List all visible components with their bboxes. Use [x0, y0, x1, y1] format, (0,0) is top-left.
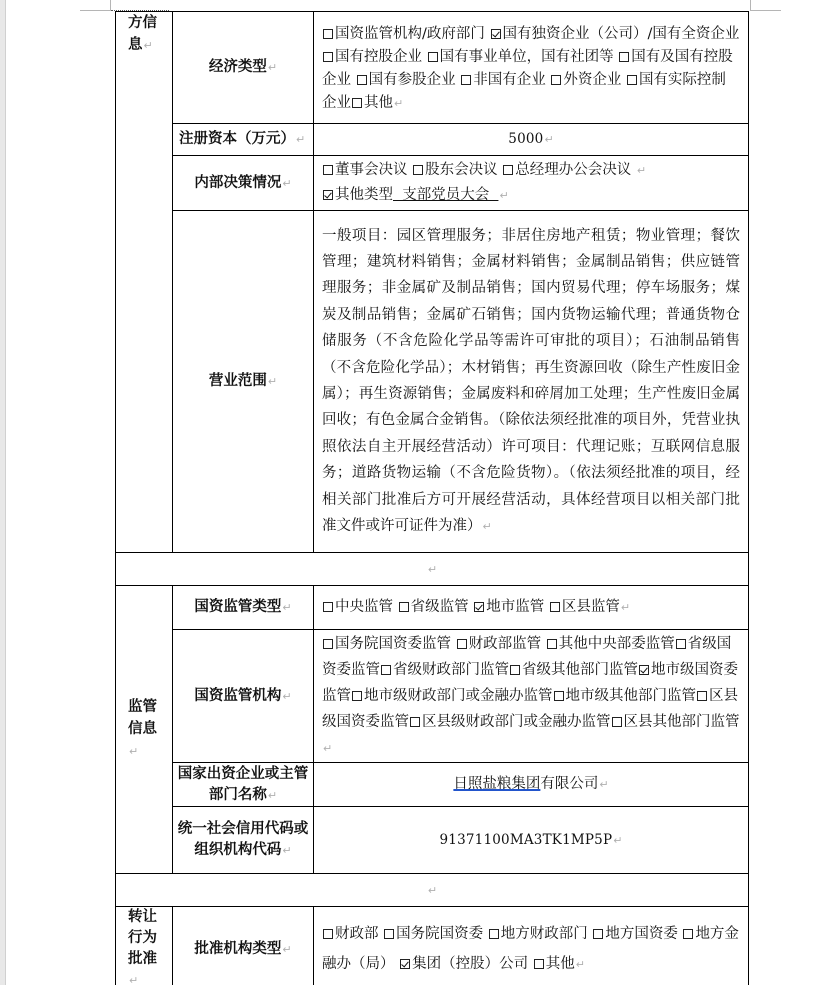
group-label-investor-info: 方信息↵ [116, 12, 173, 553]
paragraph-mark-icon: ↵ [394, 97, 403, 110]
checkbox[interactable] [357, 75, 367, 85]
funding-enterprise-name-part2: 有限公司 [540, 776, 598, 792]
option-approval-2[interactable]: 地方财政部门 [488, 926, 588, 942]
option-economic-type-0[interactable]: 国资监管机构/政府部门 [322, 26, 485, 42]
option-approval-0[interactable]: 财政部 [322, 926, 379, 942]
group-label-transfer-approval: 转让行为批准↵ [116, 907, 173, 985]
text: 国家出资企业或主管部门名称 [178, 766, 309, 803]
option-agency-2[interactable]: 其他中央部委监管 [546, 636, 675, 652]
text: 内部决策情况 [194, 175, 281, 191]
label-economic-type: 经济类型↵ [173, 12, 314, 124]
row-supervision-type: 监管信息↵ 国资监管类型↵ 中央监管 省级监管 地市监管 区县监管↵ [116, 586, 749, 630]
option-decision-0[interactable]: 董事会决议 [322, 162, 408, 178]
option-supervision-type-1[interactable]: 省级监管 [398, 599, 469, 615]
text: 监管信息 [128, 699, 157, 737]
checkbox[interactable] [593, 929, 603, 939]
paragraph-mark-icon: ↵ [268, 375, 277, 388]
paragraph-mark-icon: ↵ [282, 844, 291, 857]
text: 注册资本（万元） [179, 131, 295, 147]
label-internal-decision: 内部决策情况↵ [173, 156, 314, 211]
empty-paragraph: ↵ [116, 553, 749, 586]
option-agency-10[interactable]: 区县级财政部门或金融办监管 [409, 714, 611, 730]
text: 国务院国资委 [396, 926, 483, 942]
text: 其他 [364, 95, 393, 111]
value-registered-capital: 5000↵ [314, 124, 749, 156]
paragraph-mark-icon: ↵ [428, 563, 437, 576]
checkbox[interactable] [323, 602, 333, 612]
text: 营业范围 [209, 373, 267, 389]
checkbox[interactable] [676, 639, 686, 649]
page-left-edge [0, 0, 6, 985]
text: 地方国资委 [605, 926, 678, 942]
checkbox[interactable] [352, 691, 362, 701]
text: 国资监管机构 [194, 688, 281, 704]
spacer-row-1: ↵ [116, 553, 749, 586]
option-approval-1[interactable]: 国务院国资委 [383, 926, 483, 942]
value-supervision-agency: 国务院国资委监管 财政部监管 其他中央部委监管省级国资委监管省级财政部门监管省级… [314, 630, 749, 763]
text: 地方财政部门 [501, 926, 588, 942]
text: 一般项目：园区管理服务；非居住房地产租赁；物业管理；餐饮管理；建筑材料销售；金属… [322, 228, 740, 534]
text: 省级其他部门监管 [522, 662, 638, 678]
label-business-scope: 营业范围↵ [173, 211, 314, 553]
row-credit-code: 统一社会信用代码或组织机构代码↵ 91371100MA3TK1MP5P↵ [116, 807, 749, 874]
text: 地市监管 [486, 599, 544, 615]
value-supervision-type: 中央监管 省级监管 地市监管 区县监管↵ [314, 586, 749, 630]
checkbox[interactable] [461, 75, 471, 85]
text: 国有事业单位，国有社团等 [440, 49, 614, 65]
option-supervision-type-3[interactable]: 区县监管 [549, 599, 620, 615]
checkbox[interactable] [697, 691, 707, 701]
text: 地市级财政部门或金融办监管 [364, 688, 553, 704]
checkbox-checked[interactable] [474, 602, 484, 612]
label-approval-agency-type: 批准机构类型↵ [173, 907, 314, 985]
option-agency-7[interactable]: 地市级财政部门或金融办监管 [351, 688, 553, 704]
text: 股东会决议 [425, 162, 498, 178]
paragraph-mark-icon: ↵ [544, 133, 553, 146]
option-economic-type-9[interactable]: 其他 [351, 95, 393, 111]
text: 国有参股企业 [369, 72, 456, 88]
paragraph-mark-icon: ↵ [144, 39, 153, 52]
option-decision-1[interactable]: 股东会决议 [412, 162, 498, 178]
checkbox[interactable] [399, 602, 409, 612]
text: 经济类型 [209, 59, 267, 75]
option-decision-3[interactable]: 其他类型 [322, 187, 393, 203]
checkbox-checked[interactable] [491, 29, 501, 39]
paragraph-mark-icon: ↵ [282, 943, 291, 956]
text: 批准机构类型 [194, 941, 281, 957]
text: 董事会决议 [335, 162, 408, 178]
row-funding-enterprise: 国家出资企业或主管部门名称↵ 日照盐粮集团有限公司↵ [116, 763, 749, 807]
checkbox[interactable] [619, 52, 629, 62]
paragraph-mark-icon: ↵ [576, 958, 585, 971]
text: 其他中央部委监管 [559, 636, 675, 652]
checkbox[interactable] [413, 165, 423, 175]
checkbox[interactable] [323, 929, 333, 939]
text: 国有控股企业 [335, 49, 422, 65]
value-internal-decision: 董事会决议 股东会决议 总经理办公会决议 ↵ 其他类型 支部党员大会 ↵ [314, 156, 749, 211]
checkbox[interactable] [503, 165, 513, 175]
value-economic-type: 国资监管机构/政府部门 国有独资企业（公司）/国有全资企业 国有控股企业 国有事… [314, 12, 749, 124]
option-economic-type-3[interactable]: 国有事业单位，国有社团等 [427, 49, 614, 65]
group-label-supervision-info: 监管信息↵ [116, 586, 173, 874]
value-business-scope: 一般项目：园区管理服务；非居住房地产租赁；物业管理；餐饮管理；建筑材料销售；金属… [314, 211, 749, 553]
text: 国资监管类型 [194, 599, 281, 615]
text: 集团（控股）公司 [412, 956, 528, 972]
text: 财政部监管 [469, 636, 542, 652]
paragraph-mark-icon: ↵ [621, 601, 630, 614]
label-funding-enterprise: 国家出资企业或主管部门名称↵ [173, 763, 314, 807]
option-agency-5[interactable]: 省级其他部门监管 [509, 662, 638, 678]
checkbox[interactable] [510, 665, 520, 675]
text: 国务院国资委监管 [335, 636, 451, 652]
crop-mark-top-left [80, 0, 111, 11]
checkbox[interactable] [489, 929, 499, 939]
funding-enterprise-name-part1: 日照盐粮集团 [453, 776, 540, 792]
row-approval-agency-type: 转让行为批准↵ 批准机构类型↵ 财政部 国务院国资委 地方财政部门 地方国资委 … [116, 907, 749, 985]
paragraph-mark-icon: ↵ [483, 520, 492, 533]
other-decision-type-value[interactable]: 支部党员大会 [393, 187, 498, 203]
paragraph-mark-icon: ↵ [268, 61, 277, 74]
label-registered-capital: 注册资本（万元）↵ [173, 124, 314, 156]
value-approval-agency-type: 财政部 国务院国资委 地方财政部门 地方国资委 地方金融办（局） 集团（控股）公… [314, 907, 749, 985]
option-approval-5[interactable]: 集团（控股）公司 [399, 956, 528, 972]
text: 省级监管 [411, 599, 469, 615]
economic-type-options: 国资监管机构/政府部门 国有独资企业（公司）/国有全资企业 国有控股企业 国有事… [322, 21, 740, 115]
text: 总经理办公会决议 [515, 162, 631, 178]
text: 5000 [508, 131, 543, 147]
text: 外资企业 [563, 72, 621, 88]
paragraph-mark-icon: ↵ [599, 778, 608, 791]
row-registered-capital: 注册资本（万元）↵ 5000↵ [116, 124, 749, 156]
text: 国有独资企业（公司）/国有全资企业 [503, 26, 740, 42]
text: 其他 [546, 956, 575, 972]
checkbox-checked[interactable] [400, 959, 410, 969]
text: 财政部 [335, 926, 379, 942]
text: 区县级财政部门或金融办监管 [422, 714, 611, 730]
checkbox[interactable] [323, 165, 333, 175]
checkbox[interactable] [550, 602, 560, 612]
option-agency-11[interactable]: 区县其他部门监管 [611, 714, 740, 730]
paragraph-mark-icon: ↵ [129, 745, 138, 758]
option-economic-type-6[interactable]: 非国有企业 [460, 72, 546, 88]
internal-decision-line-1: 董事会决议 股东会决议 总经理办公会决议 ↵ [322, 158, 740, 183]
text: 区县其他部门监管 [624, 714, 740, 730]
option-agency-8[interactable]: 地市级其他部门监管 [553, 688, 697, 704]
option-supervision-type-0[interactable]: 中央监管 [322, 599, 393, 615]
paragraph-mark-icon: ↵ [129, 974, 138, 985]
option-economic-type-2[interactable]: 国有控股企业 [322, 49, 422, 65]
checkbox[interactable] [384, 929, 394, 939]
option-agency-4[interactable]: 省级财政部门监管 [380, 662, 509, 678]
text: 非国有企业 [473, 72, 546, 88]
text: 区县监管 [562, 599, 620, 615]
checkbox-checked[interactable] [323, 190, 333, 200]
checkbox[interactable] [534, 959, 544, 969]
option-economic-type-5[interactable]: 国有参股企业 [356, 72, 456, 88]
paragraph-mark-icon: ↵ [282, 690, 291, 703]
paragraph-mark-icon: ↵ [282, 601, 291, 614]
paragraph-mark-icon: ↵ [296, 133, 305, 146]
checkbox[interactable] [612, 717, 622, 727]
option-agency-0[interactable]: 国务院国资委监管 [322, 636, 451, 652]
text: 转让行为批准 [128, 909, 157, 967]
paragraph-mark-icon: ↵ [428, 884, 437, 897]
paragraph-mark-icon: ↵ [637, 164, 646, 177]
checkbox[interactable] [627, 75, 637, 85]
label-credit-code: 统一社会信用代码或组织机构代码↵ [173, 807, 314, 874]
label-supervision-type: 国资监管类型↵ [173, 586, 314, 630]
checkbox[interactable] [352, 98, 362, 108]
value-funding-enterprise: 日照盐粮集团有限公司↵ [314, 763, 749, 807]
row-economic-type: 方信息↵ 经济类型↵ 国资监管机构/政府部门 国有独资企业（公司）/国有全资企业… [116, 12, 749, 124]
text: 中央监管 [335, 599, 393, 615]
text: 91371100MA3TK1MP5P [440, 832, 613, 848]
option-approval-3[interactable]: 地方国资委 [592, 926, 678, 942]
checkbox[interactable] [554, 691, 564, 701]
crop-mark-top-right [750, 0, 781, 11]
option-economic-type-1[interactable]: 国有独资企业（公司）/国有全资企业 [490, 26, 740, 42]
text: 其他类型 [335, 187, 393, 203]
option-approval-6[interactable]: 其他 [533, 956, 575, 972]
checkbox[interactable] [683, 929, 693, 939]
text: 地市级其他部门监管 [566, 688, 697, 704]
checkbox-checked[interactable] [639, 665, 649, 675]
option-economic-type-7[interactable]: 外资企业 [550, 72, 621, 88]
paragraph-mark-icon: ↵ [499, 189, 508, 202]
checkbox[interactable] [410, 717, 420, 727]
paragraph-mark-icon: ↵ [613, 834, 622, 847]
empty-paragraph: ↵ [116, 874, 749, 907]
value-credit-code: 91371100MA3TK1MP5P↵ [314, 807, 749, 874]
paragraph-mark-icon: ↵ [282, 177, 291, 190]
paragraph-mark-icon: ↵ [323, 742, 332, 755]
row-business-scope: 营业范围↵ 一般项目：园区管理服务；非居住房地产租赁；物业管理；餐饮管理；建筑材… [116, 211, 749, 553]
option-decision-2[interactable]: 总经理办公会决议 [502, 162, 631, 178]
checkbox[interactable] [428, 52, 438, 62]
row-supervision-agency: 国资监管机构↵ 国务院国资委监管 财政部监管 其他中央部委监管省级国资委监管省级… [116, 630, 749, 763]
checkbox[interactable] [457, 639, 467, 649]
internal-decision-line-2: 其他类型 支部党员大会 ↵ [322, 183, 740, 208]
spacer-row-2: ↵ [116, 874, 749, 907]
checkbox[interactable] [381, 665, 391, 675]
option-agency-1[interactable]: 财政部监管 [456, 636, 542, 652]
text: 国资监管机构/政府部门 [335, 26, 485, 42]
row-internal-decision: 内部决策情况↵ 董事会决议 股东会决议 总经理办公会决议 ↵ 其他类型 支部党员… [116, 156, 749, 211]
checkbox[interactable] [547, 639, 557, 649]
checkbox[interactable] [323, 639, 333, 649]
checkbox[interactable] [323, 29, 333, 39]
checkbox[interactable] [323, 52, 333, 62]
label-supervision-agency: 国资监管机构↵ [173, 630, 314, 763]
paragraph-mark-icon: ↵ [268, 789, 277, 802]
form-table: 方信息↵ 经济类型↵ 国资监管机构/政府部门 国有独资企业（公司）/国有全资企业… [115, 11, 749, 985]
checkbox[interactable] [551, 75, 561, 85]
option-supervision-type-2[interactable]: 地市监管 [473, 599, 544, 615]
text: 省级财政部门监管 [393, 662, 509, 678]
